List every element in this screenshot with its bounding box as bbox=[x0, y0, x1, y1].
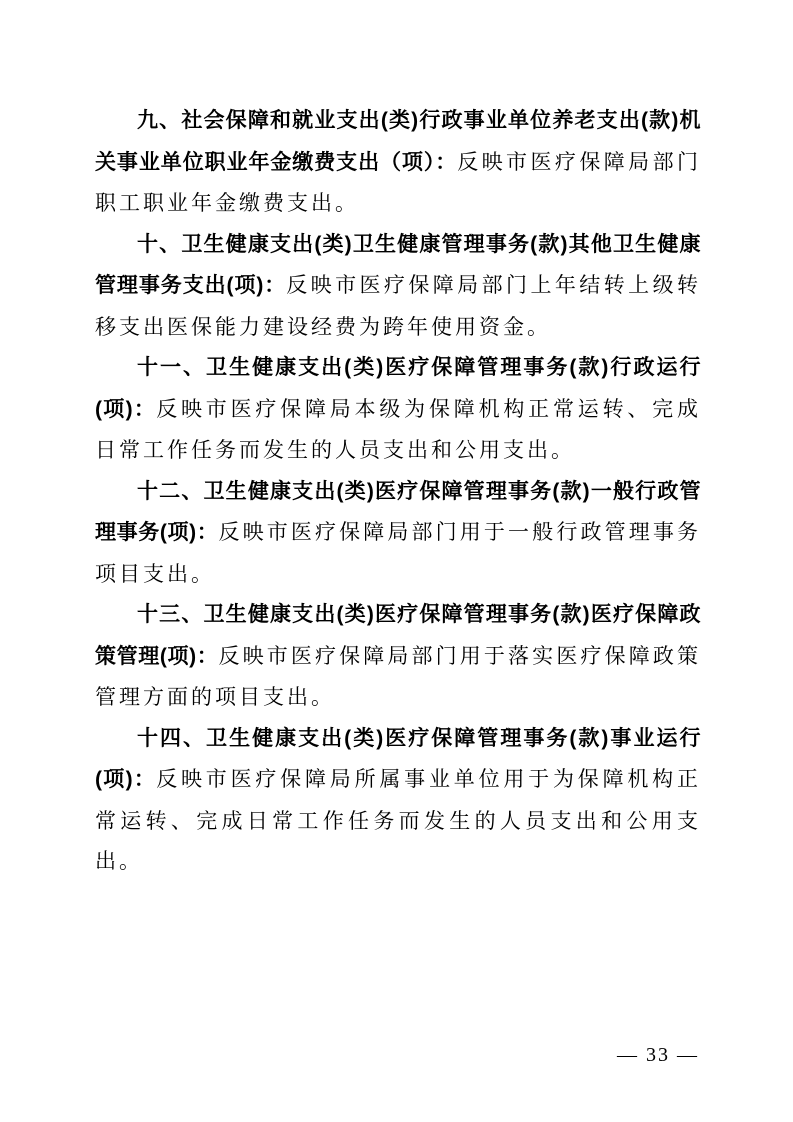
paragraph-text: 反映市医疗保障局本级为保障机构正常运转、完成日常工作任务而发生的人员支出和公用支… bbox=[95, 397, 701, 463]
page-number: — 33 — bbox=[617, 1044, 699, 1067]
document-body: 九、社会保障和就业支出(类)行政事业单位养老支出(款)机关事业单位职业年金缴费支… bbox=[95, 100, 701, 882]
paragraph-text: 反映市医疗保障局所属事业单位用于为保障机构正常运转、完成日常工作任务而发生的人员… bbox=[95, 767, 701, 873]
paragraph-item-13: 十三、卫生健康支出(类)医疗保障管理事务(款)医疗保障政策管理(项)：反映市医疗… bbox=[95, 594, 701, 718]
paragraph-item-10: 十、卫生健康支出(类)卫生健康管理事务(款)其他卫生健康管理事务支出(项)：反映… bbox=[95, 224, 701, 348]
paragraph-item-11: 十一、卫生健康支出(类)医疗保障管理事务(款)行政运行(项)：反映市医疗保障局本… bbox=[95, 347, 701, 471]
document-page: 九、社会保障和就业支出(类)行政事业单位养老支出(款)机关事业单位职业年金缴费支… bbox=[0, 0, 793, 1122]
paragraph-item-9: 九、社会保障和就业支出(类)行政事业单位养老支出(款)机关事业单位职业年金缴费支… bbox=[95, 100, 701, 224]
paragraph-item-14: 十四、卫生健康支出(类)医疗保障管理事务(款)事业运行(项)：反映市医疗保障局所… bbox=[95, 718, 701, 882]
paragraph-item-12: 十二、卫生健康支出(类)医疗保障管理事务(款)一般行政管理事务(项)：反映市医疗… bbox=[95, 471, 701, 595]
